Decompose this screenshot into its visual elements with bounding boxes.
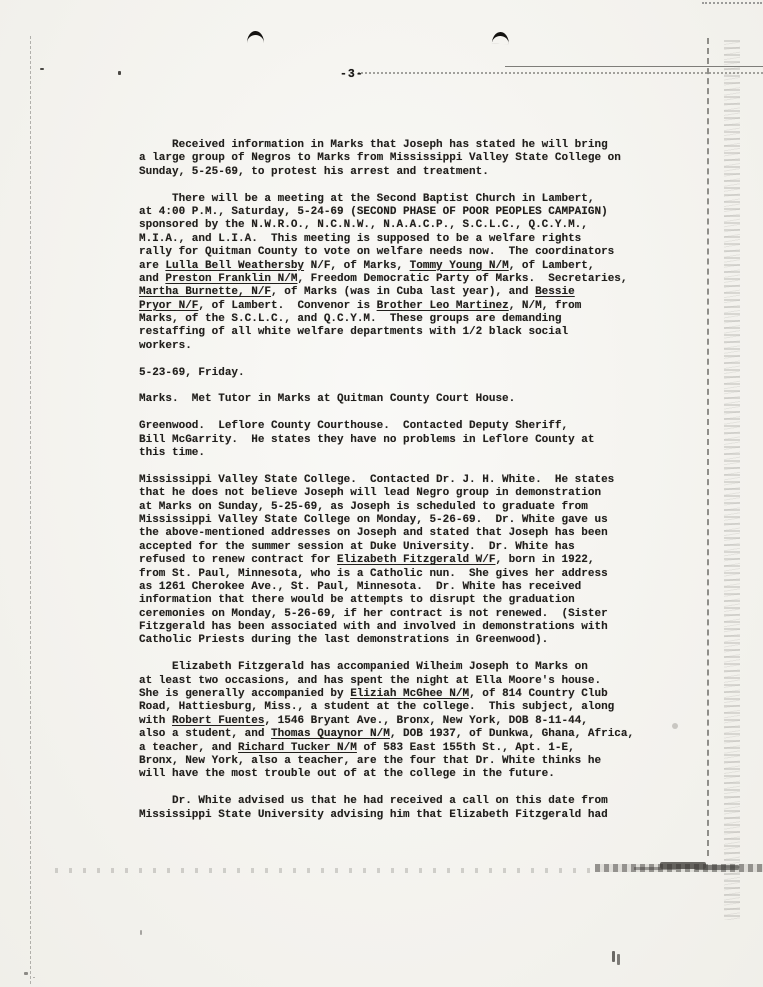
document-line: Bronx, New York, also a teacher, are the… xyxy=(139,755,679,768)
text-run: Marks. Met Tutor in Marks at Quitman Cou… xyxy=(139,393,515,405)
text-run: and xyxy=(139,273,165,285)
document-line: Bill McGarrity. He states they have no p… xyxy=(139,434,679,447)
text-run: There will be a meeting at the Second Ba… xyxy=(139,193,594,205)
page-number: -3- xyxy=(340,68,364,81)
underlined-name: Lulla Bell Weathersby xyxy=(165,260,304,272)
text-run: Mississippi Valley State College. Contac… xyxy=(139,474,614,486)
document-line: Pryor N/F, of Lambert. Convenor is Broth… xyxy=(139,300,679,313)
document-line: at least two occasions, and has spent th… xyxy=(139,675,679,688)
scan-ink-blob xyxy=(660,862,706,869)
scan-horizontal-dotted-line xyxy=(358,72,763,74)
underlined-name: Eliziah McGhee N/M xyxy=(350,688,469,700)
scan-noise-band-bottom-dark xyxy=(595,864,763,872)
scan-vertical-line-left xyxy=(30,36,31,984)
text-run: at 4:00 P.M., Saturday, 5-24-69 (SECOND … xyxy=(139,206,608,218)
document-line: She is generally accompanied by Eliziah … xyxy=(139,688,679,701)
text-run: , 1546 Bryant Ave., Bronx, New York, DOB… xyxy=(264,715,587,727)
paragraph: Dr. White advised us that he had receive… xyxy=(139,795,679,822)
text-run: at least two occasions, and has spent th… xyxy=(139,675,601,687)
document-line: workers. xyxy=(139,340,679,353)
text-run: as 1261 Cherokee Ave., St. Paul, Minneso… xyxy=(139,581,581,593)
text-run: M.I.A., and L.I.A. This meeting is suppo… xyxy=(139,233,581,245)
document-line: Martha Burnette, N/F, of Marks (was in C… xyxy=(139,286,679,299)
text-run: with xyxy=(139,715,172,727)
text-run: Mississippi Valley State College on Mond… xyxy=(139,514,608,526)
text-run: rally for Quitman County to vote on welf… xyxy=(139,246,614,258)
underlined-name: Preston Franklin N/M xyxy=(165,273,297,285)
document-line: that he does not believe Joseph will lea… xyxy=(139,487,679,500)
scan-speck xyxy=(612,951,615,962)
text-run: , of Lambert. Convenor is xyxy=(198,300,376,312)
scan-smudge-arc xyxy=(492,32,509,45)
text-run: of 583 East 155th St., Apt. 1-E, xyxy=(357,742,575,754)
document-line: with Robert Fuentes, 1546 Bryant Ave., B… xyxy=(139,715,679,728)
document-line: Elizabeth Fitzgerald has accompanied Wil… xyxy=(139,661,679,674)
paragraph: Greenwood. Leflore County Courthouse. Co… xyxy=(139,420,679,460)
text-run: She is generally accompanied by xyxy=(139,688,350,700)
text-run: ceremonies on Monday, 5-26-69, if her co… xyxy=(139,608,608,620)
document-line: Dr. White advised us that he had receive… xyxy=(139,795,679,808)
document-line: 5-23-69, Friday. xyxy=(139,367,679,380)
underlined-name: Tommy Young N/M xyxy=(410,260,509,272)
scan-noise-band-bottom xyxy=(55,868,595,873)
underlined-name: Robert Fuentes xyxy=(172,715,264,727)
scan-noise-band-right xyxy=(724,40,740,920)
paragraph: Received information in Marks that Josep… xyxy=(139,139,679,179)
scan-speck xyxy=(24,972,28,975)
text-run: Mississippi State University advising hi… xyxy=(139,809,608,821)
scan-horizontal-line xyxy=(505,66,763,67)
text-run: Received information in Marks that Josep… xyxy=(139,139,608,151)
text-run: Fitzgerald has been associated with and … xyxy=(139,621,608,633)
text-run: N/F, of Marks, xyxy=(304,260,410,272)
text-run: Dr. White advised us that he had receive… xyxy=(139,795,608,807)
document-line: Greenwood. Leflore County Courthouse. Co… xyxy=(139,420,679,433)
scan-speck xyxy=(140,930,142,935)
scan-vertical-line-right xyxy=(707,38,709,856)
paragraph: 5-23-69, Friday. xyxy=(139,367,679,380)
scan-speck xyxy=(118,71,121,75)
document-line: Road, Hattiesburg, Miss., a student at t… xyxy=(139,701,679,714)
underlined-name: Brother Leo Martinez xyxy=(377,300,509,312)
text-run: from St. Paul, Minnesota, who is a Catho… xyxy=(139,568,608,580)
document-line: at 4:00 P.M., Saturday, 5-24-69 (SECOND … xyxy=(139,206,679,219)
document-line: from St. Paul, Minnesota, who is a Catho… xyxy=(139,568,679,581)
underlined-name: Richard Tucker N/M xyxy=(238,742,357,754)
underlined-name: Pryor N/F xyxy=(139,300,198,312)
scan-noise-corner-dots xyxy=(702,2,762,4)
document-line: information that there would be attempts… xyxy=(139,594,679,607)
document-line: Marks. Met Tutor in Marks at Quitman Cou… xyxy=(139,393,679,406)
text-run: , of Lambert, xyxy=(509,260,595,272)
text-run: , N/M, from xyxy=(509,300,582,312)
text-run: restaffing of all white welfare departme… xyxy=(139,326,568,338)
document-body: Received information in Marks that Josep… xyxy=(139,139,679,835)
document-line: Received information in Marks that Josep… xyxy=(139,139,679,152)
text-run: that he does not believe Joseph will lea… xyxy=(139,487,601,499)
document-line: rally for Quitman County to vote on welf… xyxy=(139,246,679,259)
text-run: a large group of Negros to Marks from Mi… xyxy=(139,152,621,164)
underlined-name: Bessie xyxy=(535,286,575,298)
document-line: refused to renew contract for Elizabeth … xyxy=(139,554,679,567)
document-line: sponsored by the N.W.R.O., N.C.N.W., N.A… xyxy=(139,219,679,232)
text-run: Sunday, 5-25-69, to protest his arrest a… xyxy=(139,166,489,178)
document-line: are Lulla Bell Weathersby N/F, of Marks,… xyxy=(139,260,679,273)
document-line: as 1261 Cherokee Ave., St. Paul, Minneso… xyxy=(139,581,679,594)
text-run: refused to renew contract for xyxy=(139,554,337,566)
document-line: Mississippi Valley State College. Contac… xyxy=(139,474,679,487)
paragraph: Elizabeth Fitzgerald has accompanied Wil… xyxy=(139,661,679,782)
document-line: a large group of Negros to Marks from Mi… xyxy=(139,152,679,165)
text-run: this time. xyxy=(139,447,205,459)
text-run: will have the most trouble out of at the… xyxy=(139,768,555,780)
text-run: Road, Hattiesburg, Miss., a student at t… xyxy=(139,701,614,713)
text-run: , of 814 Country Club xyxy=(469,688,608,700)
text-run: , born in 1922, xyxy=(495,554,594,566)
text-run: workers. xyxy=(139,340,192,352)
paragraph: Mississippi Valley State College. Contac… xyxy=(139,474,679,648)
scan-smudge-arc xyxy=(247,31,264,43)
document-line: and Preston Franklin N/M, Freedom Democr… xyxy=(139,273,679,286)
document-line: this time. xyxy=(139,447,679,460)
text-run: , DOB 1937, of Dunkwa, Ghana, Africa, xyxy=(390,728,634,740)
document-line: accepted for the summer session at Duke … xyxy=(139,541,679,554)
text-run: information that there would be attempts… xyxy=(139,594,575,606)
document-line: There will be a meeting at the Second Ba… xyxy=(139,193,679,206)
document-line: Catholic Priests during the last demonst… xyxy=(139,634,679,647)
document-line: M.I.A., and L.I.A. This meeting is suppo… xyxy=(139,233,679,246)
underlined-name: Martha Burnette, N/F xyxy=(139,286,271,298)
document-line: at Marks on Sunday, 5-25-69, as Joseph i… xyxy=(139,501,679,514)
text-run: Catholic Priests during the last demonst… xyxy=(139,634,548,646)
document-line: the above-mentioned addresses on Joseph … xyxy=(139,527,679,540)
document-line: Fitzgerald has been associated with and … xyxy=(139,621,679,634)
document-line: will have the most trouble out of at the… xyxy=(139,768,679,781)
text-run: a teacher, and xyxy=(139,742,238,754)
document-line: Mississippi State University advising hi… xyxy=(139,809,679,822)
document-line: Mississippi Valley State College on Mond… xyxy=(139,514,679,527)
document-line: Marks, of the S.C.L.C., and Q.C.Y.M. The… xyxy=(139,313,679,326)
text-run: Elizabeth Fitzgerald has accompanied Wil… xyxy=(139,661,588,673)
text-run: accepted for the summer session at Duke … xyxy=(139,541,575,553)
text-run: Bill McGarrity. He states they have no p… xyxy=(139,434,594,446)
text-run: at Marks on Sunday, 5-25-69, as Joseph i… xyxy=(139,501,588,513)
text-run: sponsored by the N.W.R.O., N.C.N.W., N.A… xyxy=(139,219,588,231)
paragraph: There will be a meeting at the Second Ba… xyxy=(139,193,679,354)
text-run: Bronx, New York, also a teacher, are the… xyxy=(139,755,601,767)
scanned-document-page: -3- Received information in Marks that J… xyxy=(0,0,763,987)
text-run: the above-mentioned addresses on Joseph … xyxy=(139,527,608,539)
document-line: restaffing of all white welfare departme… xyxy=(139,326,679,339)
document-line: ceremonies on Monday, 5-26-69, if her co… xyxy=(139,608,679,621)
text-run: , of Marks (was in Cuba last year), and xyxy=(271,286,535,298)
underlined-name: Elizabeth Fitzgerald W/F xyxy=(337,554,495,566)
document-line: Sunday, 5-25-69, to protest his arrest a… xyxy=(139,166,679,179)
text-run: are xyxy=(139,260,165,272)
text-run: Greenwood. Leflore County Courthouse. Co… xyxy=(139,420,568,432)
scan-speck xyxy=(40,68,44,70)
document-line: also a student, and Thomas Quaynor N/M, … xyxy=(139,728,679,741)
text-run: 5-23-69, Friday. xyxy=(139,367,245,379)
text-run: , Freedom Democratic Party of Marks. Sec… xyxy=(297,273,627,285)
underlined-name: Thomas Quaynor N/M xyxy=(271,728,390,740)
text-run: Marks, of the S.C.L.C., and Q.C.Y.M. The… xyxy=(139,313,561,325)
paragraph: Marks. Met Tutor in Marks at Quitman Cou… xyxy=(139,393,679,406)
document-line: a teacher, and Richard Tucker N/M of 583… xyxy=(139,742,679,755)
text-run: also a student, and xyxy=(139,728,271,740)
